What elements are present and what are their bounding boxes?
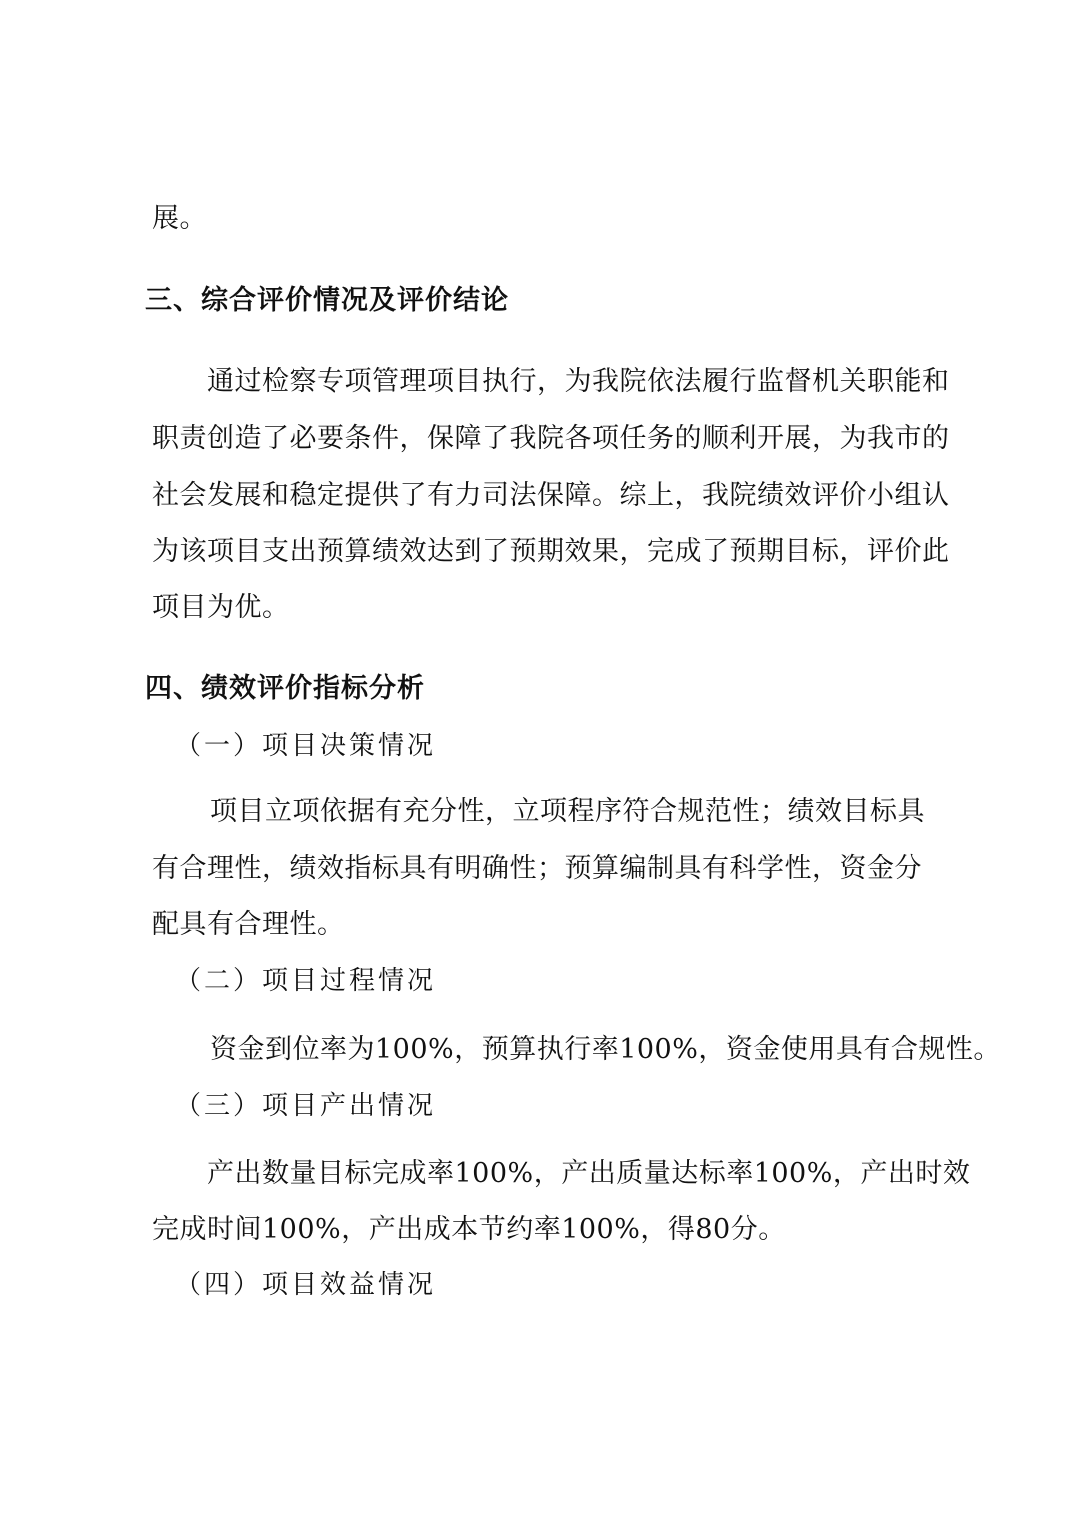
section-3-paragraph-line-1: 通过检察专项管理项目执行，为我院依法履行监督机关职能和: [207, 365, 950, 399]
section-3-paragraph-line-2: 职责创造了必要条件，保障了我院各项任务的顺利开展，为我市的: [152, 422, 950, 456]
section-3-paragraph-line-3: 社会发展和稳定提供了有力司法保障。综上，我院绩效评价小组认: [152, 479, 950, 513]
section-3-paragraph-line-4: 为该项目支出预算绩效达到了预期效果，完成了预期目标，评价此: [152, 535, 950, 569]
continuation-text: 展。: [152, 202, 207, 236]
subsection-1-line-1: 项目立项依据有充分性，立项程序符合规范性；绩效目标具: [210, 795, 925, 829]
subsection-1-line-2: 有合理性，绩效指标具有明确性；预算编制具有科学性，资金分: [152, 852, 922, 886]
subsection-3-line-2: 完成时间100%，产出成本节约率100%，得80分。: [152, 1213, 786, 1247]
section-3-heading: 三、综合评价情况及评价结论: [145, 284, 509, 318]
subsection-2-heading: （二）项目过程情况: [175, 964, 436, 998]
subsection-2-line-1: 资金到位率为100%，预算执行率100%，资金使用具有合规性。: [210, 1033, 1001, 1067]
section-4-heading: 四、绩效评价指标分析: [145, 672, 425, 706]
subsection-3-line-1: 产出数量目标完成率100%，产出质量达标率100%，产出时效: [207, 1157, 970, 1191]
subsection-1-heading: （一）项目决策情况: [175, 729, 436, 763]
section-3-paragraph-line-5: 项目为优。: [152, 591, 290, 625]
subsection-4-heading: （四）项目效益情况: [175, 1268, 436, 1302]
subsection-3-heading: （三）项目产出情况: [175, 1089, 436, 1123]
subsection-1-line-3: 配具有合理性。: [152, 908, 345, 942]
